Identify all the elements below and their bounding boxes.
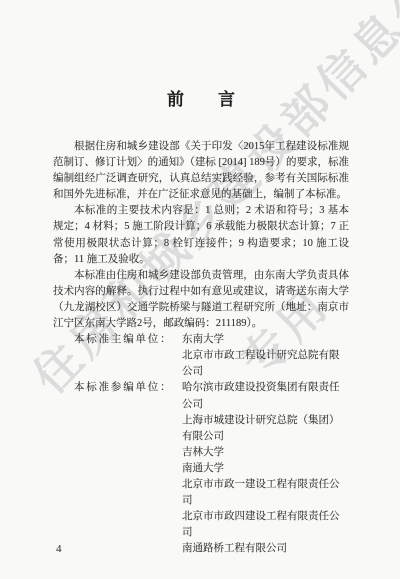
preface-paragraph-basis: 根据住房和城乡建设部《关于印发〈2015年工程建设标准规范制订、修订计划〉的通知… bbox=[53, 139, 349, 203]
page-content: 前 言 根据住房和城乡建设部《关于印发〈2015年工程建设标准规范制订、修订计划… bbox=[53, 84, 349, 557]
participating-editors-label: 本标准参编单位： bbox=[74, 380, 182, 557]
chief-editor-organizations: 东南大学 北京市市政工程设计研究总院有限公司 bbox=[182, 332, 349, 380]
preface-paragraph-management: 本标准由住房和城乡建设部负责管理，由东南大学负责具体技术内容的解释。执行过程中如… bbox=[53, 268, 349, 332]
chief-editor-label: 本标准主编单位： bbox=[74, 332, 182, 380]
page-title: 前 言 bbox=[53, 90, 349, 110]
chief-editor-row: 本标准主编单位： 东南大学 北京市市政工程设计研究总院有限公司 bbox=[53, 332, 349, 380]
participating-editors-organizations: 哈尔滨市政建设投资集团有限责任公司 上海市城建设计研究总院（集团）有限公司 吉林… bbox=[182, 380, 349, 557]
document-page: 住房和城乡建设部信息公开 专用 前 言 根据住房和城乡建设部《关于印发〈2015… bbox=[0, 0, 400, 579]
preface-paragraph-contents: 本标准的主要技术内容是：1 总则；2 术语和符号；3 基本规定；4 材料；5 施… bbox=[53, 203, 349, 267]
participating-editors-row: 本标准参编单位： 哈尔滨市政建设投资集团有限责任公司 上海市城建设计研究总院（集… bbox=[53, 380, 349, 557]
page-number: 4 bbox=[56, 543, 62, 555]
